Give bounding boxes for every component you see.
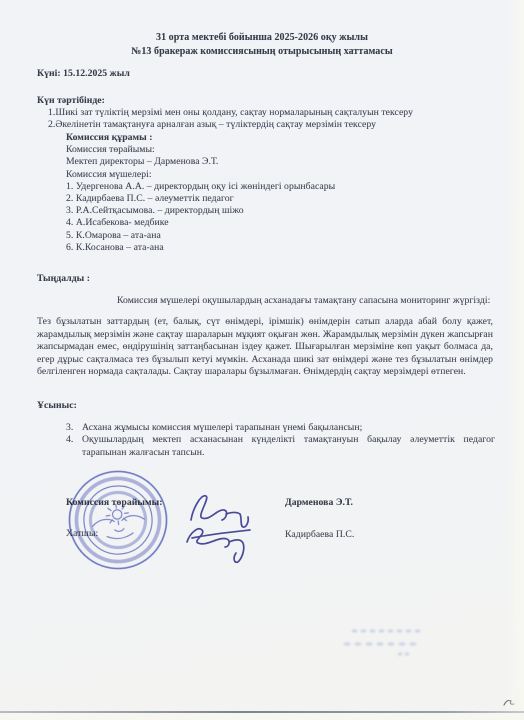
proposal-item-number: 3. (37, 422, 82, 434)
commission-member: 4. А.Исабекова- медбике (66, 217, 335, 229)
agenda-item: 2.Әкелінетін тамақтануға арналған азық –… (37, 119, 507, 131)
agenda-section: Күн тәртібінде: 1.Шикі зат түліктің мерз… (37, 95, 507, 132)
stamp-emblem (90, 501, 147, 542)
date-line: Күні: 15.12.2025 жыл (37, 68, 130, 80)
title-line-1: 31 орта мектебі бойынша 2025-2026 оқу жы… (0, 31, 524, 45)
proposal-item: 3. Асхана жұмысы комиссия мүшелері тарап… (37, 422, 495, 434)
commission-heading: Комиссия құрамы : (66, 132, 335, 144)
ghost-bleedthrough-artifact (338, 622, 438, 664)
proposal-list: 3. Асхана жұмысы комиссия мүшелері тарап… (37, 422, 495, 459)
scan-edge-highlight (505, 0, 524, 711)
proposal-item-text: Асхана жұмысы комиссия мүшелері тарапына… (82, 422, 495, 434)
commission-member: 3. Р.А.Сейтқасымова. – директордың шіжо (66, 205, 335, 217)
scanned-protocol-document: 31 орта мектебі бойынша 2025-2026 оқу жы… (0, 0, 524, 720)
agenda-heading: Күн тәртібінде: (37, 95, 507, 107)
agenda-item: 1.Шикі зат түліктің мерзімі мен оны қолд… (37, 107, 507, 119)
scan-bottom-strip (0, 713, 524, 720)
heard-heading: Тыңдалды : (37, 273, 90, 285)
commission-member: 1. Удергенова А.А. – директордың оқу ісі… (66, 181, 335, 193)
document-title: 31 орта мектебі бойынша 2025-2026 оқу жы… (0, 31, 524, 58)
heard-intro: Комиссия мүшелері оқушылардың асханадағы… (117, 295, 490, 307)
proposal-item-text: Оқушылардың мектеп асханасынан күнделікт… (82, 434, 495, 459)
commission-section: Комиссия құрамы : Комиссия төрайымы: Мек… (66, 132, 335, 254)
commission-member: 5. К.Омарова – ата-ана (66, 230, 335, 242)
commission-member: 6. К.Косанова – ата-ана (66, 242, 335, 254)
official-stamp-seal-icon (55, 457, 181, 583)
commission-members-label: Комиссия мүшелері: (66, 169, 335, 181)
signature-chair-name: Дарменова Э.Т. (285, 497, 353, 509)
commission-chair-label: Комиссия төрайымы: (66, 144, 335, 156)
proposal-heading: Ұсыныс: (37, 400, 77, 412)
commission-chair-line: Мектеп директоры – Дарменова Э.Т. (66, 156, 335, 168)
commission-member: 2. Кадирбаева П.С. – әлеуметтік педагог (66, 193, 335, 205)
proposal-item-number: 4. (37, 434, 82, 459)
title-line-2: №13 бракераж комиссиясының отырысының ха… (0, 45, 524, 59)
handwritten-signatures-icon (179, 486, 269, 566)
heard-body-paragraph: Тез бұзылатын заттардың (ет, балық, сүт … (37, 316, 493, 379)
signature-secretary-name: Кадирбаева П.С. (285, 529, 354, 541)
proposal-item: 4. Оқушылардың мектеп асханасынан күндел… (37, 434, 495, 459)
